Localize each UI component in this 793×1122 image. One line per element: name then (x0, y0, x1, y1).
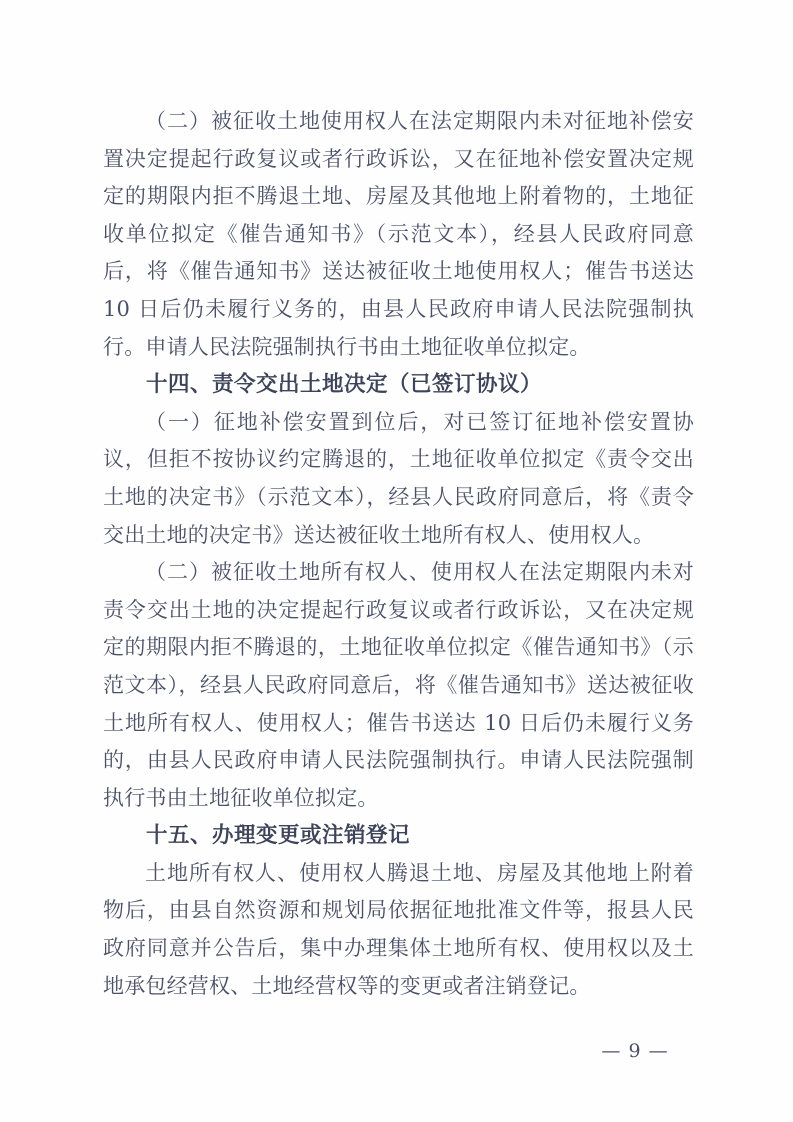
document-body: （二）被征收土地使用权人在法定期限内未对征地补偿安置决定提起行政复议或者行政诉讼… (103, 103, 694, 1005)
section-heading-15: 十五、办理变更或注销登记 (103, 817, 694, 855)
section-heading-14: 十四、责令交出土地决定（已签订协议） (103, 366, 694, 404)
page-number: — 9 — (575, 1040, 695, 1062)
paragraph-order-surrender-notice: （二）被征收土地所有权人、使用权人在法定期限内未对责令交出土地的决定提起行政复议… (103, 554, 694, 817)
paragraph-registration-change: 土地所有权人、使用权人腾退土地、房屋及其他地上附着物后，由县自然资源和规划局依据… (103, 855, 694, 1005)
paragraph-catalog-notice-usage-right: （二）被征收土地使用权人在法定期限内未对征地补偿安置决定提起行政复议或者行政诉讼… (103, 103, 694, 366)
document-page: （二）被征收土地使用权人在法定期限内未对征地补偿安置决定提起行政复议或者行政诉讼… (0, 0, 793, 1122)
paragraph-order-surrender-signed: （一）征地补偿安置到位后，对已签订征地补偿安置协议，但拒不按协议约定腾退的，土地… (103, 404, 694, 554)
